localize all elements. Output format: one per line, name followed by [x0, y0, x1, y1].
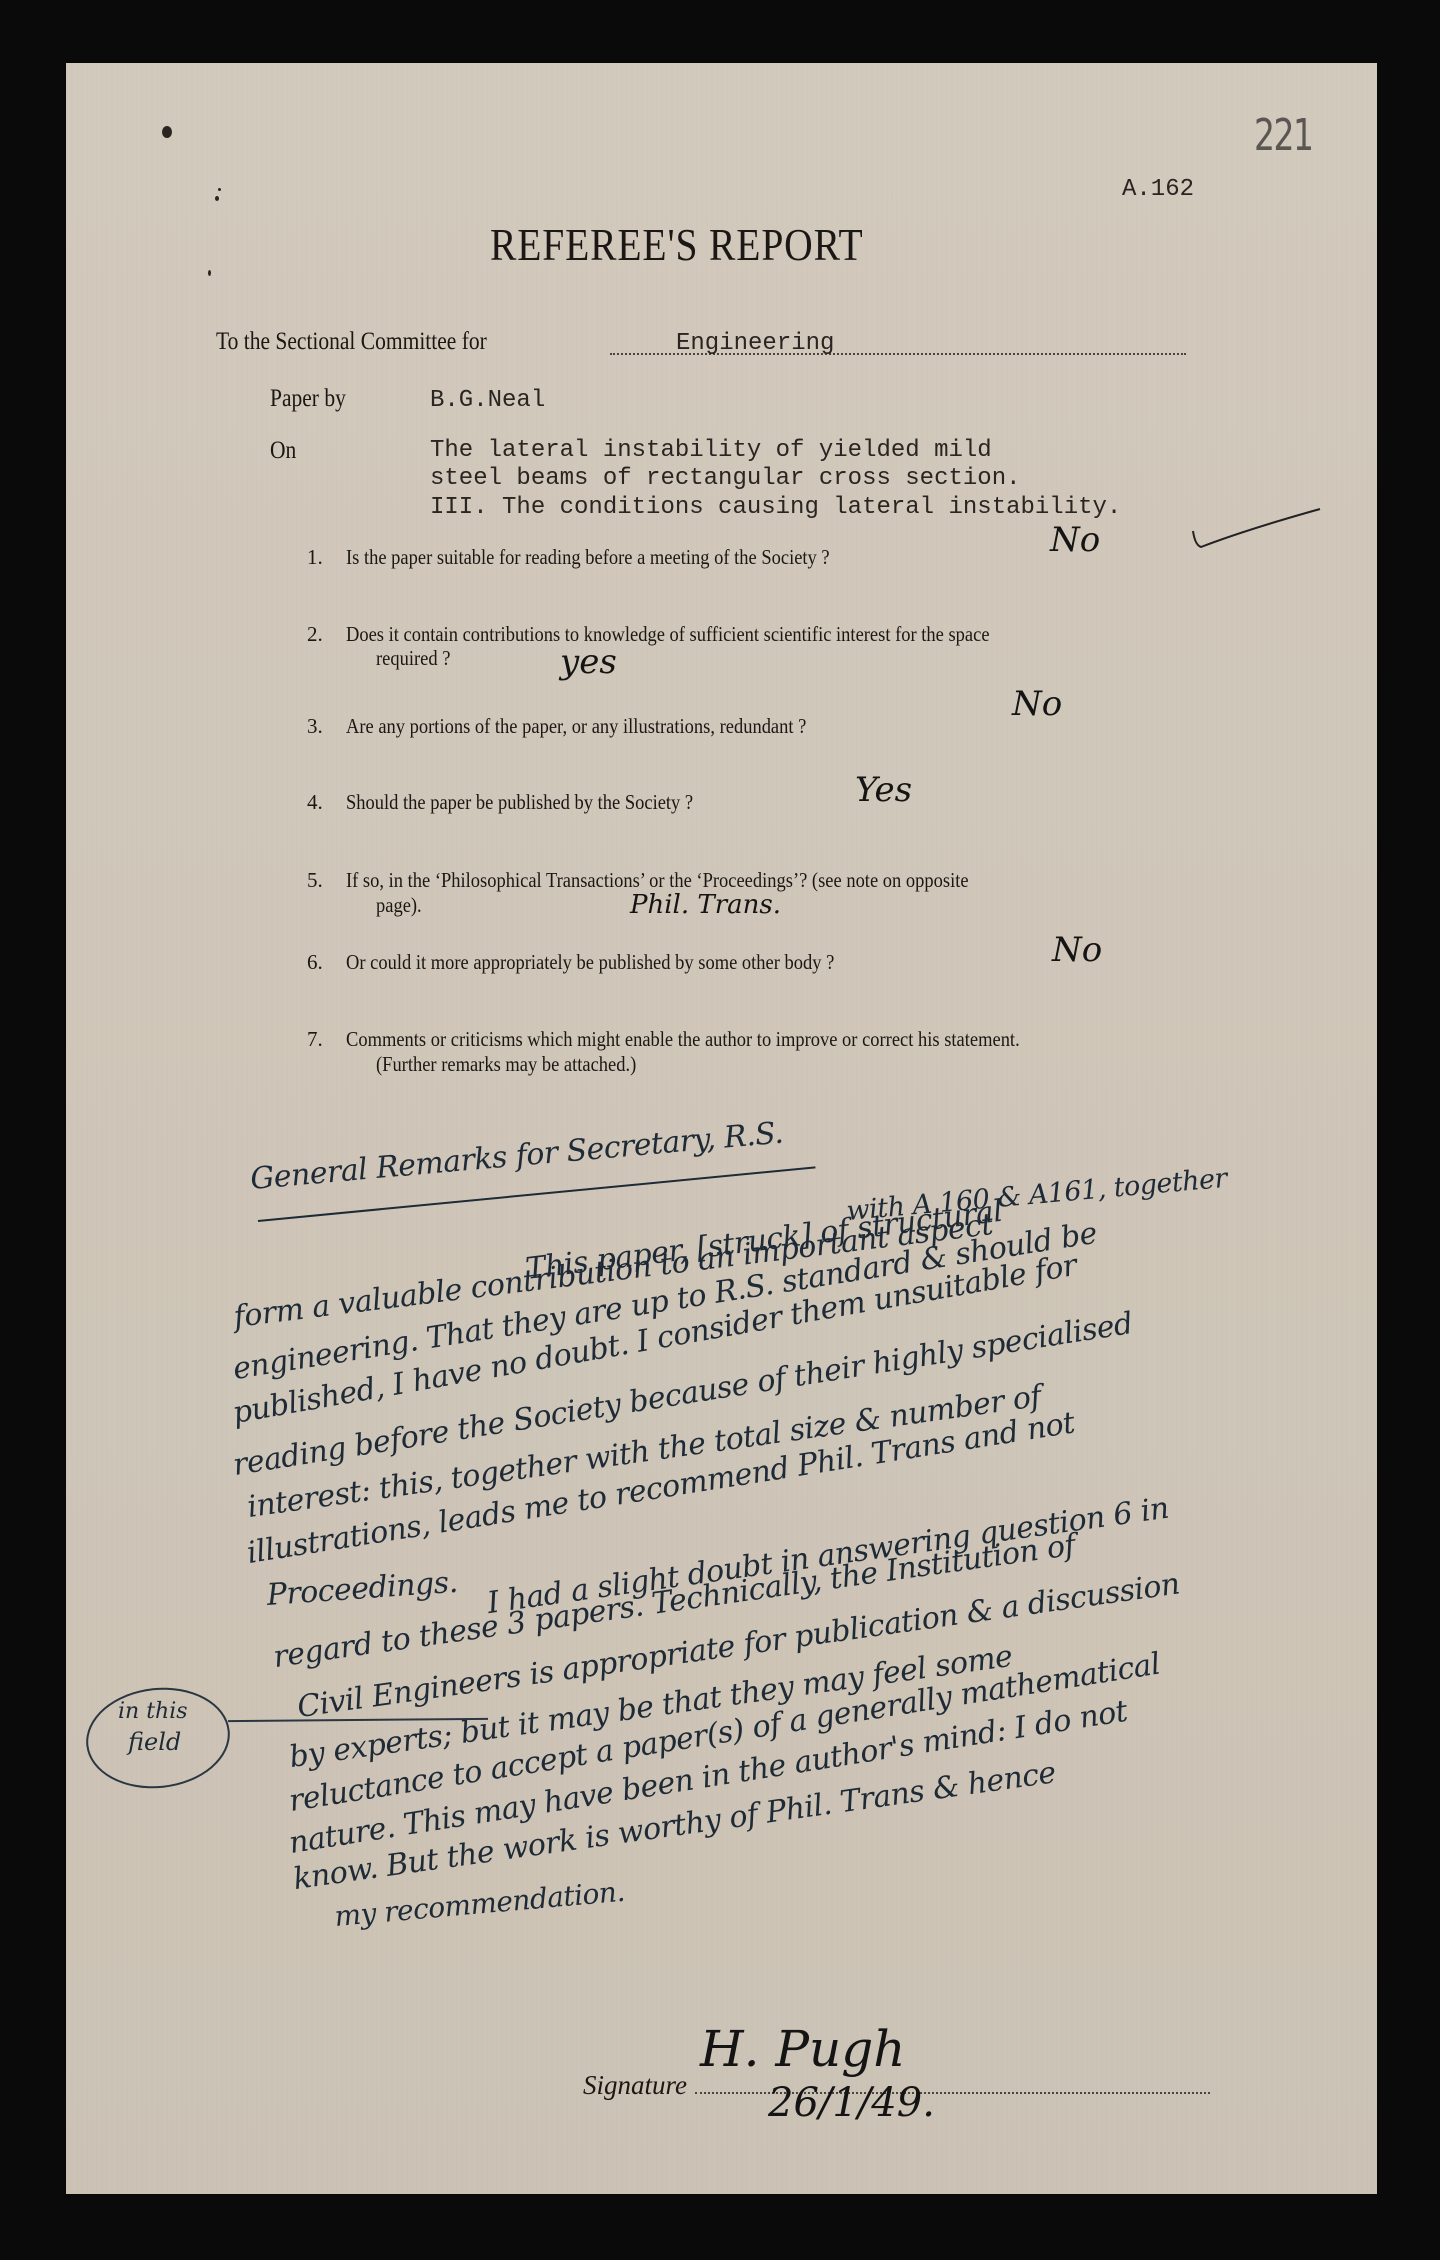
- committee-label: To the Sectional Committee for: [216, 328, 487, 356]
- question-text-continued: page).: [376, 893, 422, 917]
- page-number: 221: [1254, 110, 1312, 161]
- question-number: 2.: [307, 622, 323, 647]
- question-text: If so, in the ‘Philosophical Transaction…: [346, 868, 969, 892]
- question-number: 6.: [307, 950, 323, 975]
- paper-title-line: The lateral instability of yielded mild: [430, 437, 992, 464]
- question-number: 4.: [307, 790, 323, 815]
- question-text: Should the paper be published by the Soc…: [346, 790, 693, 814]
- paper-title-line: steel beams of rectangular cross section…: [430, 465, 1021, 492]
- reference-code: A.162: [1122, 176, 1194, 203]
- question-answer: No: [1052, 930, 1102, 970]
- question-answer: Phil. Trans.: [630, 890, 781, 920]
- signature-date: 26/1/49.: [768, 2080, 935, 2126]
- question-number: 5.: [307, 868, 323, 893]
- paper-mark: [215, 196, 219, 201]
- paper-mark: [208, 270, 211, 276]
- question-text: Comments or criticisms which might enabl…: [346, 1027, 1020, 1051]
- question-answer: No: [1012, 684, 1062, 724]
- margin-note-line: in this: [118, 1700, 188, 1724]
- page-title: REFEREE'S REPORT: [490, 218, 864, 271]
- question-text-continued: required ?: [376, 646, 450, 670]
- question-text: Does it contain contributions to knowled…: [346, 622, 990, 646]
- margin-note-line: field: [128, 1728, 181, 1756]
- question-text-continued: (Further remarks may be attached.): [376, 1052, 636, 1076]
- on-label: On: [270, 437, 296, 465]
- signature-label: Signature: [583, 2070, 687, 2101]
- question-text: Or could it more appropriately be publis…: [346, 950, 834, 974]
- signature: H. Pugh: [700, 2020, 905, 2078]
- paper-by-label: Paper by: [270, 385, 346, 413]
- question-answer: yes: [560, 642, 617, 682]
- question-number: 7.: [307, 1027, 323, 1052]
- paper-mark: [218, 188, 221, 191]
- question-answer: No: [1050, 520, 1100, 560]
- paper-title-line: III. The conditions causing lateral inst…: [430, 494, 1121, 521]
- question-text: Is the paper suitable for reading before…: [346, 545, 830, 569]
- question-answer: Yes: [855, 770, 912, 810]
- checkmark-icon: [1185, 505, 1325, 555]
- committee-value: Engineering: [676, 330, 834, 357]
- question-number: 1.: [307, 545, 323, 570]
- paper-by-value: B.G.Neal: [430, 387, 545, 414]
- question-number: 3.: [307, 714, 323, 739]
- question-text: Are any portions of the paper, or any il…: [346, 714, 806, 738]
- paper-mark: [162, 126, 172, 138]
